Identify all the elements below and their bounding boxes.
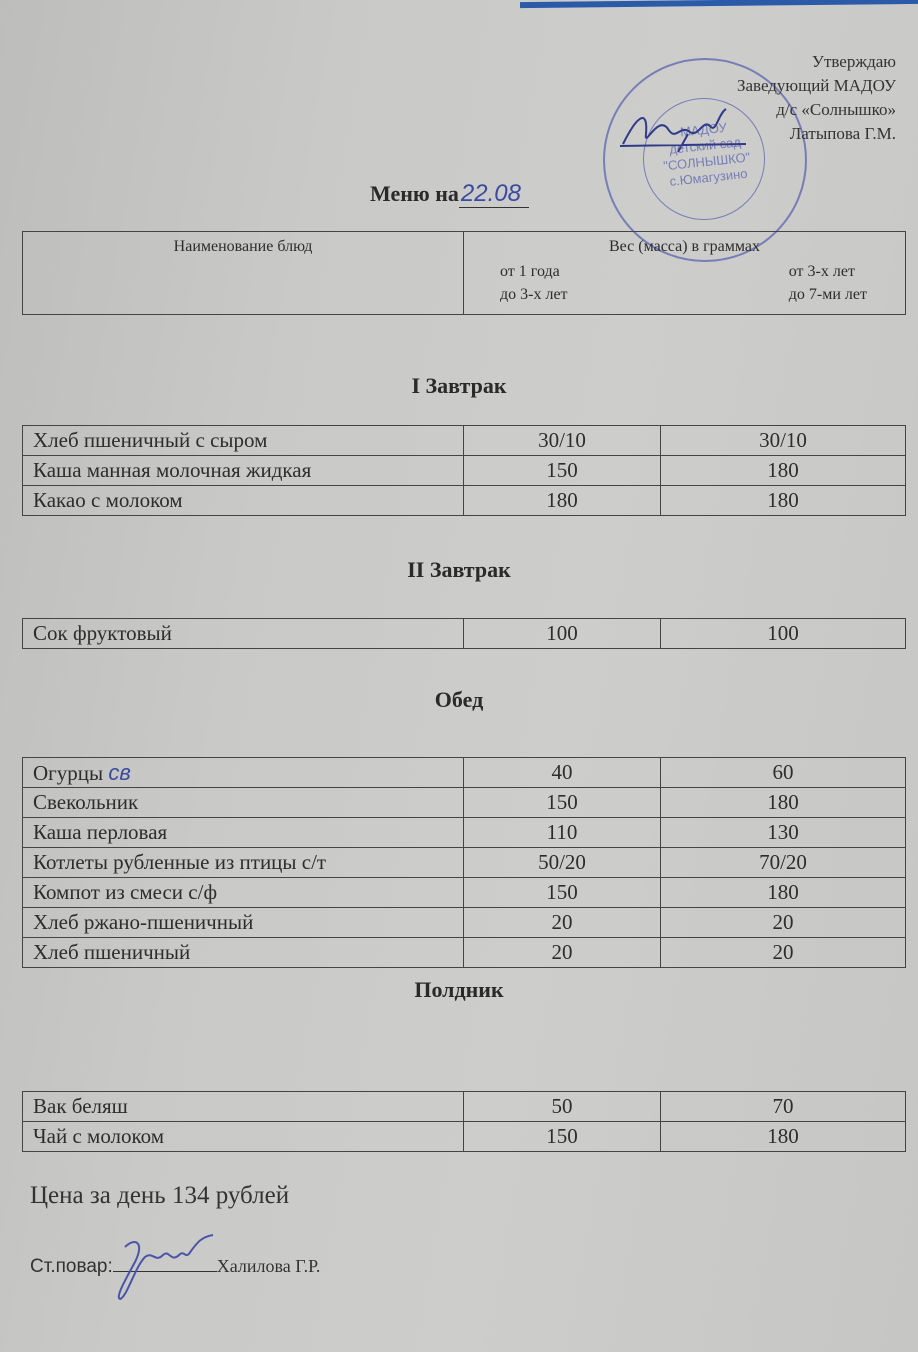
- col-header-weight: Вес (масса) в граммах от 1 года до 3-х л…: [464, 232, 906, 315]
- table-row: Хлеб пшеничный с сыром30/1030/10: [23, 426, 906, 456]
- table-row: Чай с молоком150180: [23, 1122, 906, 1152]
- table-row: Хлеб ржано-пшеничный2020: [23, 908, 906, 938]
- menu-table-lunch: Огурцы свсоленые4060 Свекольник150180 Ка…: [22, 757, 906, 968]
- cook-signature: [105, 1227, 215, 1307]
- approval-block: Утверждаю Заведующий МАДОУ д/с «Солнышко…: [737, 50, 896, 146]
- table-row: Каша перловая110130: [23, 818, 906, 848]
- table-row: Сок фруктовый100100: [23, 619, 906, 649]
- approval-line: Утверждаю: [737, 50, 896, 74]
- table-row: Хлеб пшеничный2020: [23, 938, 906, 968]
- menu-table-breakfast-1: Хлеб пшеничный с сыром30/1030/10 Каша ма…: [22, 425, 906, 516]
- approval-line: Заведующий МАДОУ: [737, 74, 896, 98]
- top-edge-band: [520, 0, 918, 8]
- menu-date: 22.08: [459, 180, 529, 208]
- table-row: Каша манная молочная жидкая150180: [23, 456, 906, 486]
- cook-name: Халилова Г.Р.: [217, 1256, 321, 1276]
- menu-table-breakfast-2: Сок фруктовый100100: [22, 618, 906, 649]
- signature-line: [113, 1255, 217, 1272]
- erased-text: соленые: [131, 764, 198, 785]
- director-signature: [618, 104, 748, 154]
- age-group-2: от 3-х лет до 7-ми лет: [789, 260, 867, 306]
- table-row: Свекольник150180: [23, 788, 906, 818]
- cook-signature-line: Ст.повар:Халилова Г.Р.: [30, 1255, 320, 1278]
- table-row: Вак беляш5070: [23, 1092, 906, 1122]
- section-title: I Завтрак: [0, 373, 918, 399]
- table-row: Компот из смеси с/ф150180: [23, 878, 906, 908]
- handwritten-correction: св: [108, 760, 130, 785]
- approval-line: Латыпова Г.М.: [737, 122, 896, 146]
- table-row: Какао с молоком180180: [23, 486, 906, 516]
- page-title: Меню на22.08: [370, 180, 529, 208]
- header-table: Наименование блюд Вес (масса) в граммах …: [22, 231, 906, 315]
- age-group-1: от 1 года до 3-х лет: [500, 260, 568, 306]
- cook-label: Ст.повар:: [30, 1256, 113, 1277]
- daily-price: Цена за день 134 рублей: [30, 1182, 289, 1210]
- table-row: Огурцы свсоленые4060: [23, 758, 906, 788]
- col-header-name: Наименование блюд: [23, 232, 464, 315]
- section-title: Полдник: [0, 977, 918, 1003]
- menu-table-snack: Вак беляш5070 Чай с молоком150180: [22, 1091, 906, 1152]
- table-row: Котлеты рубленные из птицы с/т50/2070/20: [23, 848, 906, 878]
- section-title: II Завтрак: [0, 557, 918, 583]
- approval-line: д/с «Солнышко»: [737, 98, 896, 122]
- section-title: Обед: [0, 687, 918, 713]
